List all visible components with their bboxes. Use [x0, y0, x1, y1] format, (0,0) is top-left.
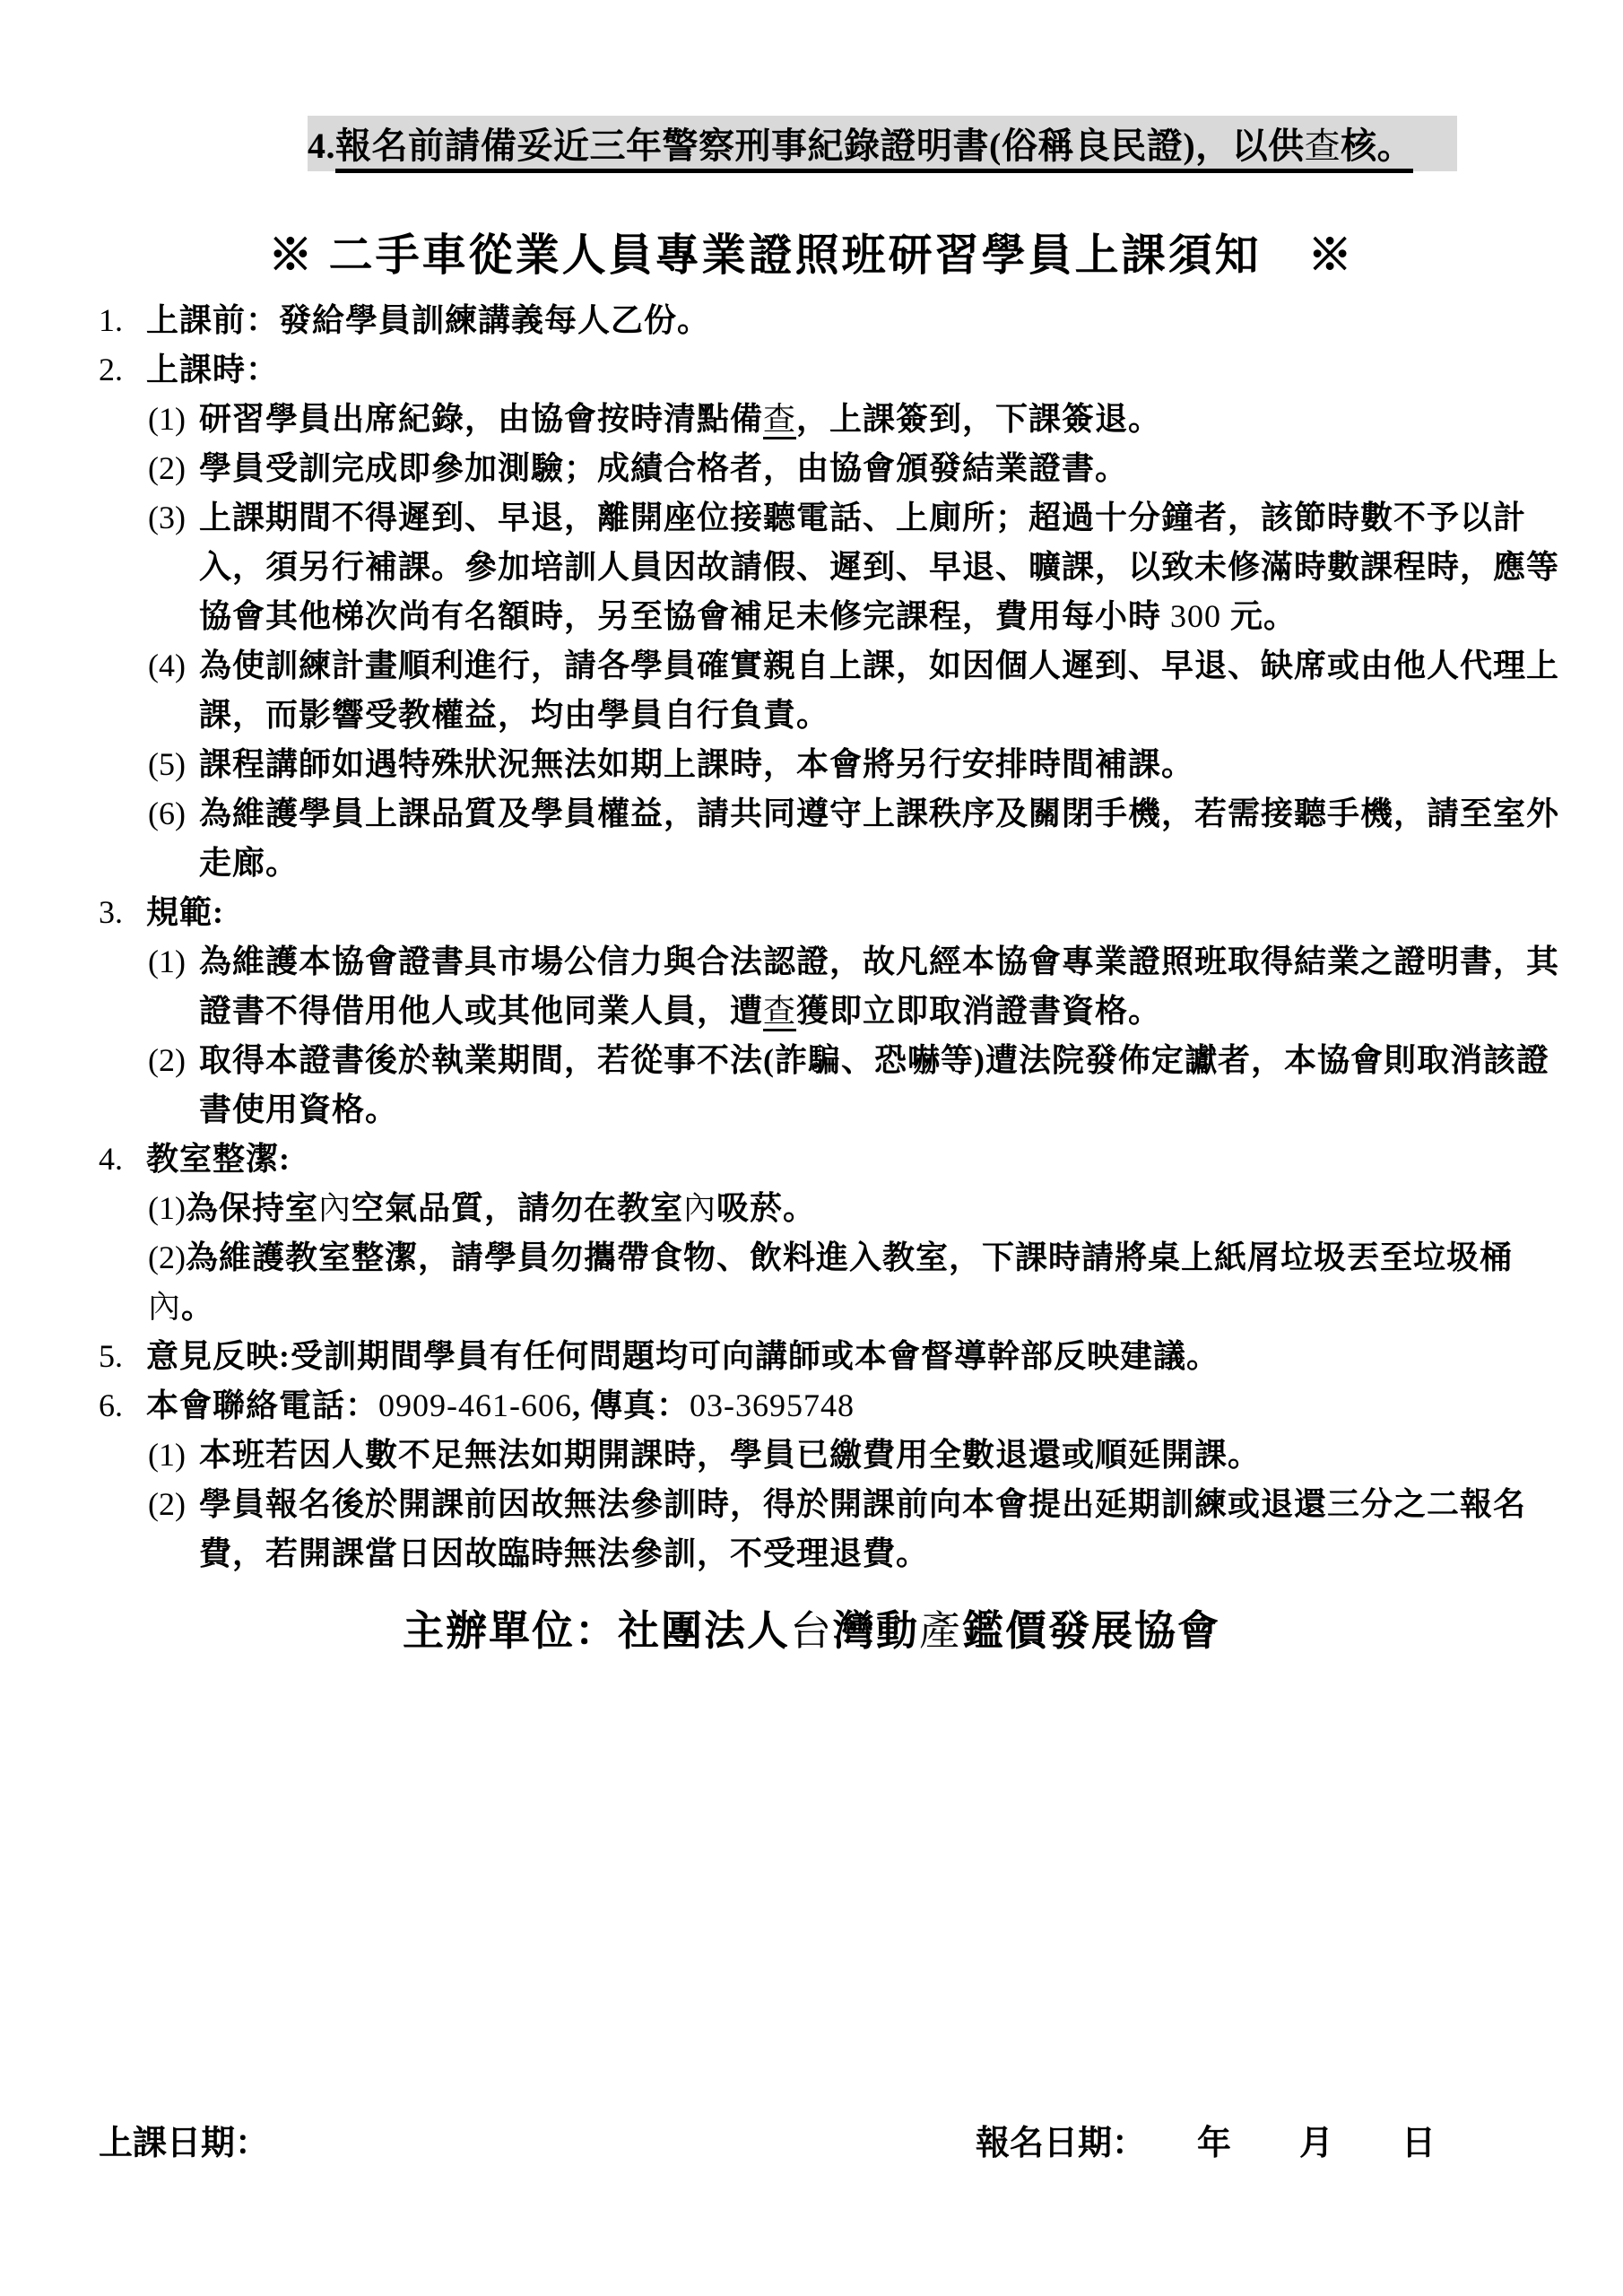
text-run: 獲即立即取消證書資格。 — [796, 993, 1161, 1029]
rule-sub-text: 上課期間不得遲到、早退，離開座位接聽電話、上廁所；超過十分鐘者，該節時數不予以計… — [199, 500, 1559, 634]
rule-sub-marker: (1) — [148, 395, 199, 444]
rule-subitem: (1)為維護本協會證書具市場公信力與合法認證，故凡經本協會專業證照班取得結業之證… — [99, 937, 1569, 1036]
rule-number: 2. — [99, 345, 146, 395]
rule-head: 本會聯絡電話：0909-461-606, 傳真：03-3695748 — [146, 1381, 1569, 1431]
rule-head: 教室整潔: — [146, 1135, 1569, 1184]
text-run: 取得本證書後於執業期間，若從事不法(詐騙、恐嚇等)遭法院發佈定讞者，本協會則取消… — [199, 1042, 1549, 1127]
substituted-glyph: 查 — [1305, 126, 1341, 166]
rule-sub-text: 為維護學員上課品質及學員權益，請共同遵守上課秩序及關閉手機，若需接聽手機，請至室… — [199, 796, 1559, 881]
rule-sub-text: 為維護本協會證書具市場公信力與合法認證，故凡經本協會專業證照班取得結業之證明書，… — [199, 944, 1559, 1031]
rule-head: 規範: — [146, 888, 1569, 937]
rule-number: 5. — [99, 1332, 146, 1381]
rule-sub-marker: (6) — [148, 789, 199, 839]
rule-subitem: (1)為保持室內空氣品質，請勿在教室內吸菸。 — [99, 1184, 1569, 1233]
text-run: ，上課簽到，下課簽退。 — [796, 401, 1161, 437]
text-run: 上課期間不得遲到、早退，離開座位接聽電話、上廁所；超過十分鐘者，該節時數不予以計… — [199, 500, 1559, 634]
substituted-glyph: 查 — [763, 993, 796, 1031]
document-page: 4.報名前請備妥近三年警察刑事紀錄證明書(俗稱良民證)，以供查核。 ※ 二手車從… — [0, 0, 1623, 2296]
rule-sub-marker: (4) — [148, 641, 199, 691]
rule-subitem: (4)為使訓練計畫順利進行，請各學員確實親自上課，如因個人遲到、早退、缺席或由他… — [99, 641, 1569, 740]
rule-subitem: (2)學員報名後於開課前因故無法參訓時，得於開課前向本會提出延期訓練或退還三分之… — [99, 1480, 1569, 1578]
rule-item: 3.規範: — [99, 888, 1569, 937]
text-run: 上課前：發給學員訓練講義每人乙份。 — [146, 302, 710, 338]
rule-number: 1. — [99, 296, 146, 345]
rule-sub-text: 課程講師如遇特殊狀況無法如期上課時，本會將另行安排時間補課。 — [199, 746, 1194, 782]
rule-sub-marker: (3) — [148, 493, 199, 543]
text-run: 上課時： — [146, 352, 279, 387]
text-run: 學員受訓完成即參加測驗；成績合格者，由協會頒發結業證書。 — [199, 450, 1128, 486]
text-run: 意見反映:受訓期間學員有任何問題均可向講師或本會督導幹部反映建議。 — [146, 1338, 1219, 1374]
notice-text: 報名前請備妥近三年警察刑事紀錄證明書(俗稱良民證)，以供查核。 — [335, 126, 1413, 173]
rule-sub-text: 學員受訓完成即參加測驗；成績合格者，由協會頒發結業證書。 — [199, 450, 1128, 486]
rule-subitem: (2)為維護教室整潔，請學員勿攜帶食物、飲料進入教室，下課時請將桌上紙屑垃圾丟至… — [99, 1233, 1569, 1332]
rule-subitem: (3)上課期間不得遲到、早退，離開座位接聽電話、上廁所；超過十分鐘者，該節時數不… — [99, 493, 1569, 641]
text-run: 為使訓練計畫順利進行，請各學員確實親自上課，如因個人遲到、早退、缺席或由他人代理… — [199, 648, 1559, 733]
text-run: 元。 — [1221, 598, 1297, 634]
notice-banner: 4.報名前請備妥近三年警察刑事紀錄證明書(俗稱良民證)，以供查核。 — [308, 116, 1457, 171]
rule-subitem: (1)本班若因人數不足無法如期開課時，學員已繳費用全數退還或順延開課。 — [99, 1431, 1569, 1480]
substituted-glyph: 300 — [1170, 598, 1221, 634]
rule-item: 5.意見反映:受訓期間學員有任何問題均可向講師或本會督導幹部反映建議。 — [99, 1332, 1569, 1381]
rule-sub-text: 取得本證書後於執業期間，若從事不法(詐騙、恐嚇等)遭法院發佈定讞者，本協會則取消… — [199, 1042, 1549, 1127]
rule-sub-marker: (2) — [148, 1036, 199, 1085]
substituted-glyph: 內 — [683, 1190, 716, 1226]
class-date-label: 上課日期： — [99, 2115, 269, 2164]
substituted-glyph: 0909-461-606 — [378, 1387, 572, 1423]
page-title: ※ 二手車從業人員專業證照班研習學員上課須知 ※ — [0, 221, 1623, 283]
substituted-glyph: 台 — [790, 1608, 833, 1654]
text-run: 研習學員出席紀錄，由協會按時清點備 — [199, 401, 763, 437]
rule-item: 1.上課前：發給學員訓練講義每人乙份。 — [99, 296, 1569, 345]
rule-item: 6.本會聯絡電話：0909-461-606, 傳真：03-3695748 — [99, 1381, 1569, 1431]
rule-sub-marker: (2) — [148, 1239, 186, 1275]
rule-sub-text: 本班若因人數不足無法如期開課時，學員已繳費用全數退還或順延開課。 — [199, 1437, 1261, 1473]
substituted-glyph: 查 — [763, 401, 796, 439]
rule-sub-marker: (1) — [148, 1431, 199, 1480]
text-run: 規範: — [146, 894, 224, 930]
rules-list: 1.上課前：發給學員訓練講義每人乙份。2.上課時：(1)研習學員出席紀錄，由協會… — [99, 296, 1569, 1578]
substituted-glyph: 03-3695748 — [690, 1387, 855, 1423]
text-run: 吸菸。 — [716, 1190, 816, 1226]
substituted-glyph: 產 — [919, 1608, 962, 1654]
rule-subitem: (2)學員受訓完成即參加測驗；成績合格者，由協會頒發結業證書。 — [99, 444, 1569, 493]
rule-subitem: (6)為維護學員上課品質及學員權益，請共同遵守上課秩序及關閉手機，若需接聽手機，… — [99, 789, 1569, 888]
rule-sub-marker: (5) — [148, 740, 199, 789]
text-run: 報名前請備妥近三年警察刑事紀錄證明書(俗稱良民證)，以供 — [335, 126, 1305, 166]
rule-subitem: (5)課程講師如遇特殊狀況無法如期上課時，本會將另行安排時間補課。 — [99, 740, 1569, 789]
registration-date-label: 報名日期： 年 月 日 — [976, 2115, 1436, 2164]
rule-head: 意見反映:受訓期間學員有任何問題均可向講師或本會督導幹部反映建議。 — [146, 1332, 1569, 1381]
text-run: 課程講師如遇特殊狀況無法如期上課時，本會將另行安排時間補課。 — [199, 746, 1194, 782]
text-run: 為維護教室整潔，請學員勿攜帶食物、飲料進入教室，下課時請將桌上紙屑垃圾丟至垃圾桶 — [186, 1239, 1513, 1275]
text-run: 主辦單位：社團法人 — [403, 1608, 790, 1654]
text-run: 教室整潔: — [146, 1141, 291, 1177]
rule-sub-marker: (1) — [148, 1190, 186, 1226]
rule-subitem: (2)取得本證書後於執業期間，若從事不法(詐騙、恐嚇等)遭法院發佈定讞者，本協會… — [99, 1036, 1569, 1135]
rule-sub-marker: (1) — [148, 937, 199, 987]
text-run: 本班若因人數不足無法如期開課時，學員已繳費用全數退還或順延開課。 — [199, 1437, 1261, 1473]
rule-number: 6. — [99, 1381, 146, 1431]
text-run: 為維護學員上課品質及學員權益，請共同遵守上課秩序及關閉手機，若需接聽手機，請至室… — [199, 796, 1559, 881]
rule-sub-marker: (2) — [148, 444, 199, 493]
rule-head: 上課時： — [146, 345, 1569, 395]
text-run: 灣動 — [833, 1608, 919, 1654]
substituted-glyph: 內 — [318, 1190, 352, 1226]
text-run: 為保持室 — [186, 1190, 318, 1226]
rule-subitem: (1)研習學員出席紀錄，由協會按時清點備查，上課簽到，下課簽退。 — [99, 395, 1569, 444]
text-run: 本會聯絡電話： — [146, 1387, 378, 1423]
rule-number: 3. — [99, 888, 146, 937]
text-run: 學員報名後於開課前因故無法參訓時，得於開課前向本會提出延期訓練或退還三分之二報名… — [199, 1486, 1526, 1571]
rule-sub-marker: (2) — [148, 1480, 199, 1529]
rule-sub-text: 學員報名後於開課前因故無法參訓時，得於開課前向本會提出延期訓練或退還三分之二報名… — [199, 1486, 1526, 1571]
substituted-glyph: 內 — [148, 1289, 181, 1325]
text-run: , 傳真： — [572, 1387, 690, 1423]
notice-number: 4. — [308, 126, 335, 166]
text-run: 空氣品質，請勿在教室 — [352, 1190, 683, 1226]
rule-sub-text: 為使訓練計畫順利進行，請各學員確實親自上課，如因個人遲到、早退、缺席或由他人代理… — [199, 648, 1559, 733]
rule-sub-text: 研習學員出席紀錄，由協會按時清點備查，上課簽到，下課簽退。 — [199, 401, 1161, 439]
rule-number: 4. — [99, 1135, 146, 1184]
rule-item: 4.教室整潔: — [99, 1135, 1569, 1184]
organizer-line: 主辦單位：社團法人台灣動產鑑價發展協會 — [0, 1598, 1623, 1657]
rule-head: 上課前：發給學員訓練講義每人乙份。 — [146, 296, 1569, 345]
text-run: 核。 — [1341, 126, 1413, 166]
text-run: 。 — [181, 1289, 214, 1325]
text-run: 鑑價發展協會 — [962, 1608, 1220, 1654]
rule-item: 2.上課時： — [99, 345, 1569, 395]
